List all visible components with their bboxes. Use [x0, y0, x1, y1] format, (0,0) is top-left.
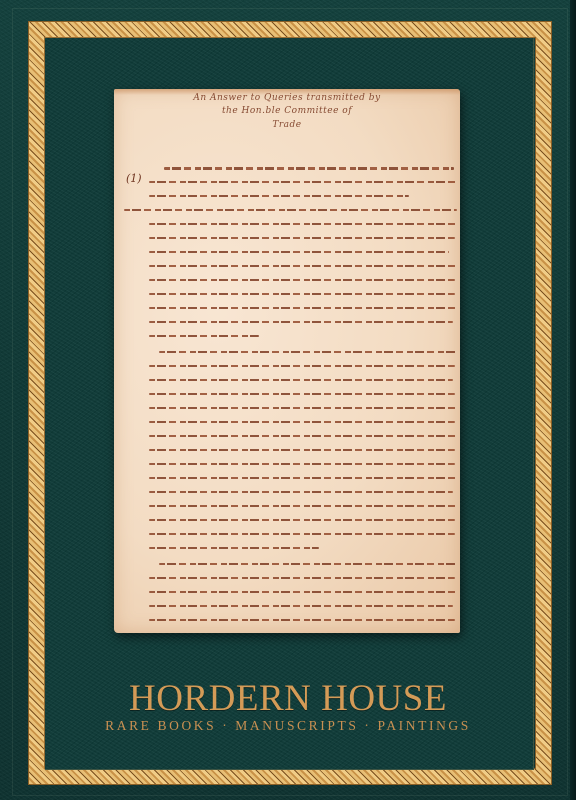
manuscript-page-image: An Answer to Queries transmitted by the … [114, 89, 460, 633]
manuscript-heading-line: Trade [114, 120, 460, 130]
publisher-title: HORDERN HOUSE [0, 679, 576, 719]
manuscript-paragraph-marker: (1) [126, 172, 142, 185]
publisher-tagline: RARE BOOKS · MANUSCRIPTS · PAINTINGS [0, 718, 576, 734]
manuscript-heading-line: the Hon.ble Committee of [114, 106, 460, 116]
manuscript-heading-line: An Answer to Queries transmitted by [114, 93, 460, 103]
